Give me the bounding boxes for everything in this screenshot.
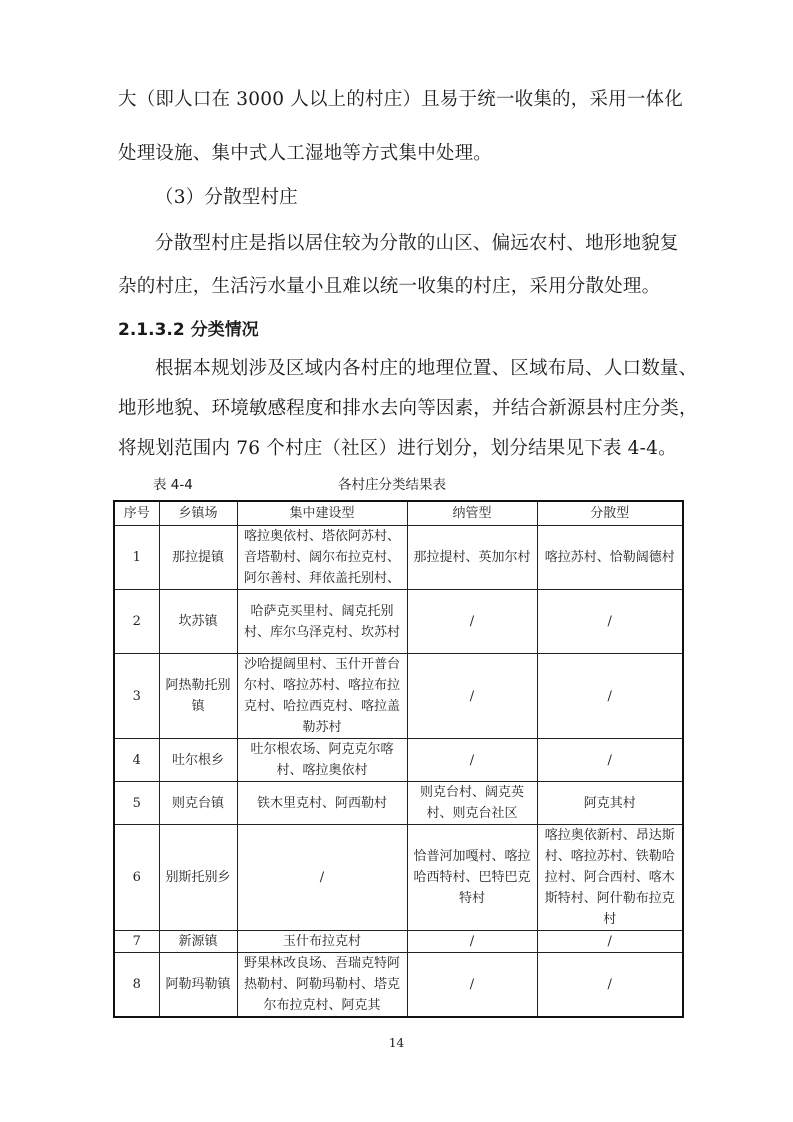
table-row: 2 坎苏镇 哈萨克买里村、阔克托别村、库尔乌泽克村、坎苏村 / / xyxy=(114,590,683,654)
cell-index: 6 xyxy=(114,825,159,931)
cell-centralized: 喀拉奥依村、塔依阿苏村、音塔勒村、阔尔布拉克村、阿尔善村、拜依盖托别村、 xyxy=(237,526,407,590)
header-dispersed: 分散型 xyxy=(537,501,683,526)
table-row: 7 新源镇 玉什布拉克村 / / xyxy=(114,931,683,953)
cell-piped: / xyxy=(407,953,537,1018)
cell-piped: / xyxy=(407,739,537,782)
cell-dispersed: 喀拉苏村、恰勒阔德村 xyxy=(537,526,683,590)
cell-index: 8 xyxy=(114,953,159,1018)
cell-dispersed: / xyxy=(537,654,683,739)
cell-centralized: 铁木里克村、阿西勒村 xyxy=(237,782,407,825)
table-row: 6 别斯托别乡 / 恰普河加嘎村、喀拉哈西特村、巴特巴克特村 喀拉奥依新村、昂达… xyxy=(114,825,683,931)
table-row: 8 阿勒玛勒镇 野果林改良场、吾瑞克特阿热勒村、阿勒玛勒村、塔克尔布拉克村、阿克… xyxy=(114,953,683,1018)
header-town: 乡镇场 xyxy=(159,501,237,526)
cell-centralized: 玉什布拉克村 xyxy=(237,931,407,953)
body-line-5: 杂的村庄，生活污水量小且难以统一收集的村庄，采用分散处理。 xyxy=(118,275,678,299)
table-row: 3 阿热勒托别镇 沙哈提阔里村、玉什开普台尔村、喀拉苏村、喀拉布拉克村、哈拉西克… xyxy=(114,654,683,739)
cell-dispersed: / xyxy=(537,739,683,782)
cell-town: 新源镇 xyxy=(159,931,237,953)
cell-centralized: 吐尔根农场、阿克克尔喀村、喀拉奥依村 xyxy=(237,739,407,782)
cell-index: 1 xyxy=(114,526,159,590)
cell-dispersed: 阿克其村 xyxy=(537,782,683,825)
cell-centralized: 沙哈提阔里村、玉什开普台尔村、喀拉苏村、喀拉布拉克村、哈拉西克村、喀拉盖勒苏村 xyxy=(237,654,407,739)
cell-town: 坎苏镇 xyxy=(159,590,237,654)
cell-town: 则克台镇 xyxy=(159,782,237,825)
classification-table: 序号 乡镇场 集中建设型 纳管型 分散型 1 那拉提镇 喀拉奥依村、塔依阿苏村、… xyxy=(113,500,684,1018)
cell-town: 阿勒玛勒镇 xyxy=(159,953,237,1018)
body-line-8: 地形地貌、环境敏感程度和排水去向等因素，并结合新源县村庄分类， xyxy=(118,397,678,421)
page-number: 14 xyxy=(0,1036,793,1050)
cell-piped: / xyxy=(407,654,537,739)
cell-piped: / xyxy=(407,590,537,654)
cell-index: 3 xyxy=(114,654,159,739)
body-line-4: 分散型村庄是指以居住较为分散的山区、偏远农村、地形地貌复 xyxy=(155,232,715,256)
body-line-1: 大（即人口在 3000 人以上的村庄）且易于统一收集的，采用一体化 xyxy=(118,88,678,112)
table-title: 各村庄分类结果表 xyxy=(338,476,446,494)
body-line-7: 根据本规划涉及区域内各村庄的地理位置、区域布局、人口数量、 xyxy=(155,357,715,381)
table-row: 4 吐尔根乡 吐尔根农场、阿克克尔喀村、喀拉奥依村 / / xyxy=(114,739,683,782)
cell-town: 别斯托别乡 xyxy=(159,825,237,931)
cell-piped: 则克台村、阔克英村、则克台社区 xyxy=(407,782,537,825)
section-heading: 2.1.3.2 分类情况 xyxy=(118,319,259,341)
header-centralized: 集中建设型 xyxy=(237,501,407,526)
header-index: 序号 xyxy=(114,501,159,526)
cell-town: 那拉提镇 xyxy=(159,526,237,590)
cell-centralized: / xyxy=(237,825,407,931)
cell-piped: 恰普河加嘎村、喀拉哈西特村、巴特巴克特村 xyxy=(407,825,537,931)
cell-index: 5 xyxy=(114,782,159,825)
table-number: 表 4-4 xyxy=(153,476,193,494)
cell-piped: / xyxy=(407,931,537,953)
cell-piped: 那拉提村、英加尔村 xyxy=(407,526,537,590)
cell-centralized: 野果林改良场、吾瑞克特阿热勒村、阿勒玛勒村、塔克尔布拉克村、阿克其 xyxy=(237,953,407,1018)
cell-centralized: 哈萨克买里村、阔克托别村、库尔乌泽克村、坎苏村 xyxy=(237,590,407,654)
cell-town: 吐尔根乡 xyxy=(159,739,237,782)
cell-town: 阿热勒托别镇 xyxy=(159,654,237,739)
body-line-2: 处理设施、集中式人工湿地等方式集中处理。 xyxy=(118,142,678,166)
header-piped: 纳管型 xyxy=(407,501,537,526)
table-header-row: 序号 乡镇场 集中建设型 纳管型 分散型 xyxy=(114,501,683,526)
document-page: 大（即人口在 3000 人以上的村庄）且易于统一收集的，采用一体化 处理设施、集… xyxy=(0,0,793,1122)
cell-index: 4 xyxy=(114,739,159,782)
cell-dispersed: / xyxy=(537,590,683,654)
subsection-title-dispersed: （3）分散型村庄 xyxy=(155,186,715,210)
cell-dispersed: / xyxy=(537,953,683,1018)
cell-dispersed: 喀拉奥依新村、昂达斯村、喀拉苏村、铁勒哈拉村、阿合西村、喀木斯特村、阿什勒布拉克… xyxy=(537,825,683,931)
table-row: 1 那拉提镇 喀拉奥依村、塔依阿苏村、音塔勒村、阔尔布拉克村、阿尔善村、拜依盖托… xyxy=(114,526,683,590)
body-line-9: 将规划范围内 76 个村庄（社区）进行划分，划分结果见下表 4-4。 xyxy=(118,437,678,461)
cell-index: 7 xyxy=(114,931,159,953)
table-row: 5 则克台镇 铁木里克村、阿西勒村 则克台村、阔克英村、则克台社区 阿克其村 xyxy=(114,782,683,825)
cell-index: 2 xyxy=(114,590,159,654)
cell-dispersed: / xyxy=(537,931,683,953)
